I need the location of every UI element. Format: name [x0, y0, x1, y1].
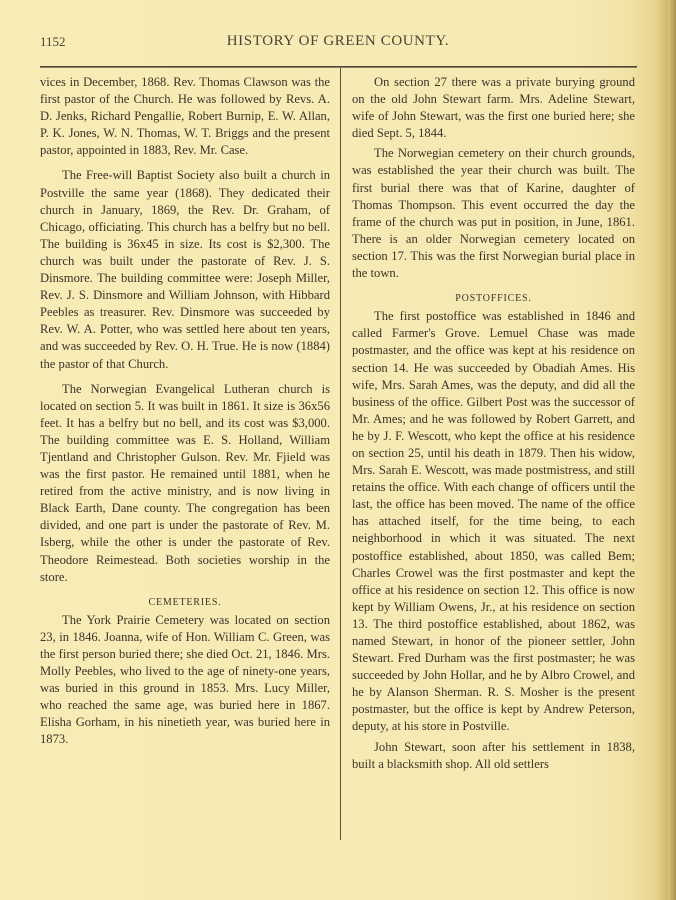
- paragraph-postoffices: The first postoffice was established in …: [352, 308, 635, 735]
- book-page: 1152 HISTORY OF GREEN COUNTY. vices in D…: [0, 0, 676, 900]
- paragraph-norwegian-cemetery: The Norwegian cemetery on their church g…: [352, 145, 635, 282]
- page-header: 1152 HISTORY OF GREEN COUNTY.: [40, 30, 636, 54]
- page-binding-edge: [668, 0, 676, 900]
- paragraph-free-will-baptist: The Free-will Baptist Society also built…: [40, 167, 330, 372]
- section-heading-cemeteries: CEMETERIES.: [40, 594, 330, 611]
- paragraph-stewart-burying-ground: On section 27 there was a private buryin…: [352, 74, 635, 142]
- left-column: vices in December, 1868. Rev. Thomas Cla…: [40, 74, 330, 749]
- column-divider: [340, 68, 341, 840]
- header-rule: [40, 66, 637, 68]
- paragraph-york-prairie-cemetery: The York Prairie Cemetery was located on…: [40, 612, 330, 749]
- paragraph-norwegian-lutheran: The Norwegian Evangelical Lutheran churc…: [40, 381, 330, 586]
- paragraph-blacksmith-shop: John Stewart, soon after his settlement …: [352, 739, 635, 773]
- right-column: On section 27 there was a private buryin…: [352, 74, 635, 773]
- running-title: HISTORY OF GREEN COUNTY.: [40, 33, 636, 50]
- section-heading-postoffices: POSTOFFICES.: [352, 290, 635, 307]
- paragraph-methodist-pastors: vices in December, 1868. Rev. Thomas Cla…: [40, 74, 330, 159]
